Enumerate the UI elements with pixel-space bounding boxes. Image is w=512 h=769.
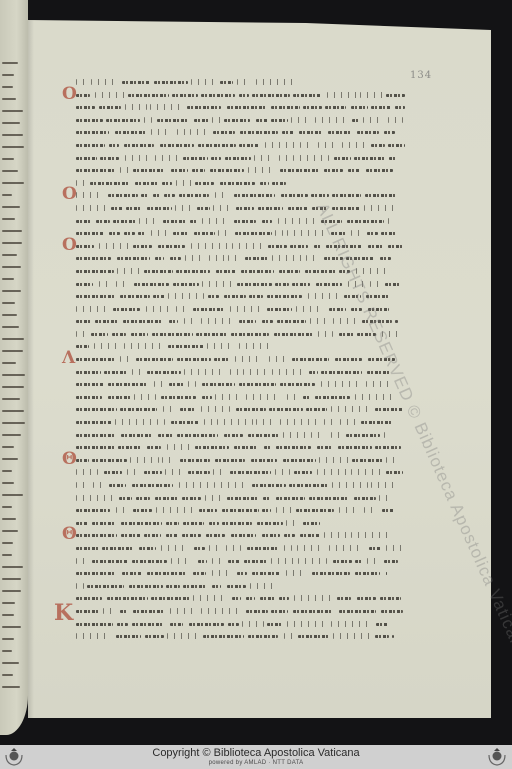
copyright-text: Copyright © Biblioteca Apostolica Vatica… bbox=[0, 747, 512, 759]
footer-bar: Copyright © Biblioteca Apostolica Vatica… bbox=[0, 745, 512, 769]
papal-seal-icon bbox=[3, 747, 25, 767]
manuscript-line bbox=[76, 630, 406, 643]
manuscript-line bbox=[76, 76, 406, 89]
manuscript-line bbox=[76, 416, 406, 429]
manuscript-line bbox=[76, 391, 406, 404]
previous-leaf-edge bbox=[0, 0, 28, 735]
manuscript-line: Κ bbox=[76, 605, 406, 618]
manuscript-line bbox=[76, 618, 406, 631]
manuscript-line: Θ bbox=[76, 529, 406, 542]
powered-by-text: powered by AMLAD · NTT DATA bbox=[0, 760, 512, 766]
manuscript-line bbox=[76, 227, 406, 240]
papal-seal-icon bbox=[486, 747, 508, 767]
manuscript-line: Λ bbox=[76, 353, 406, 366]
manuscript-viewer[interactable]: 134 ΟΟΟΛΘΘΚ ALL RIGHTS RESERVED © Biblio… bbox=[0, 0, 512, 745]
manuscript-line bbox=[76, 567, 406, 580]
manuscript-line bbox=[76, 126, 406, 139]
manuscript-line bbox=[76, 139, 406, 152]
manuscript-line bbox=[76, 177, 406, 190]
manuscript-line bbox=[76, 580, 406, 593]
manuscript-text-block: ΟΟΟΛΘΘΚ bbox=[76, 76, 406, 643]
manuscript-line bbox=[76, 164, 406, 177]
rubricated-initial: Λ bbox=[62, 350, 75, 367]
manuscript-line bbox=[76, 114, 406, 127]
manuscript-line bbox=[76, 466, 406, 479]
manuscript-line bbox=[76, 542, 406, 555]
manuscript-line bbox=[76, 555, 406, 568]
manuscript-line bbox=[76, 101, 406, 114]
manuscript-line: Θ bbox=[76, 454, 406, 467]
manuscript-line: Ο bbox=[76, 189, 406, 202]
rubricated-initial: Θ bbox=[62, 451, 77, 468]
manuscript-line bbox=[76, 202, 406, 215]
manuscript-line: Ο bbox=[76, 240, 406, 253]
folio-number: 134 bbox=[410, 70, 432, 81]
rubricated-initial: Ο bbox=[62, 237, 77, 254]
manuscript-line bbox=[76, 403, 406, 416]
manuscript-line bbox=[76, 152, 406, 165]
manuscript-line bbox=[76, 592, 406, 605]
manuscript-line bbox=[76, 315, 406, 328]
manuscript-line bbox=[76, 479, 406, 492]
manuscript-line bbox=[76, 328, 406, 341]
manuscript-line bbox=[76, 441, 406, 454]
manuscript-line bbox=[76, 215, 406, 228]
manuscript-line bbox=[76, 378, 406, 391]
manuscript-line bbox=[76, 504, 406, 517]
rubricated-initial: Ο bbox=[62, 186, 77, 203]
rubricated-initial: Θ bbox=[62, 526, 77, 543]
rubricated-initial: Κ bbox=[54, 602, 73, 624]
manuscript-line bbox=[76, 517, 406, 530]
manuscript-line bbox=[76, 492, 406, 505]
manuscript-line: Ο bbox=[76, 89, 406, 102]
manuscript-line bbox=[76, 340, 406, 353]
manuscript-line bbox=[76, 366, 406, 379]
page-gutter bbox=[28, 20, 34, 718]
manuscript-line bbox=[76, 429, 406, 442]
rubricated-initial: Ο bbox=[62, 86, 77, 103]
